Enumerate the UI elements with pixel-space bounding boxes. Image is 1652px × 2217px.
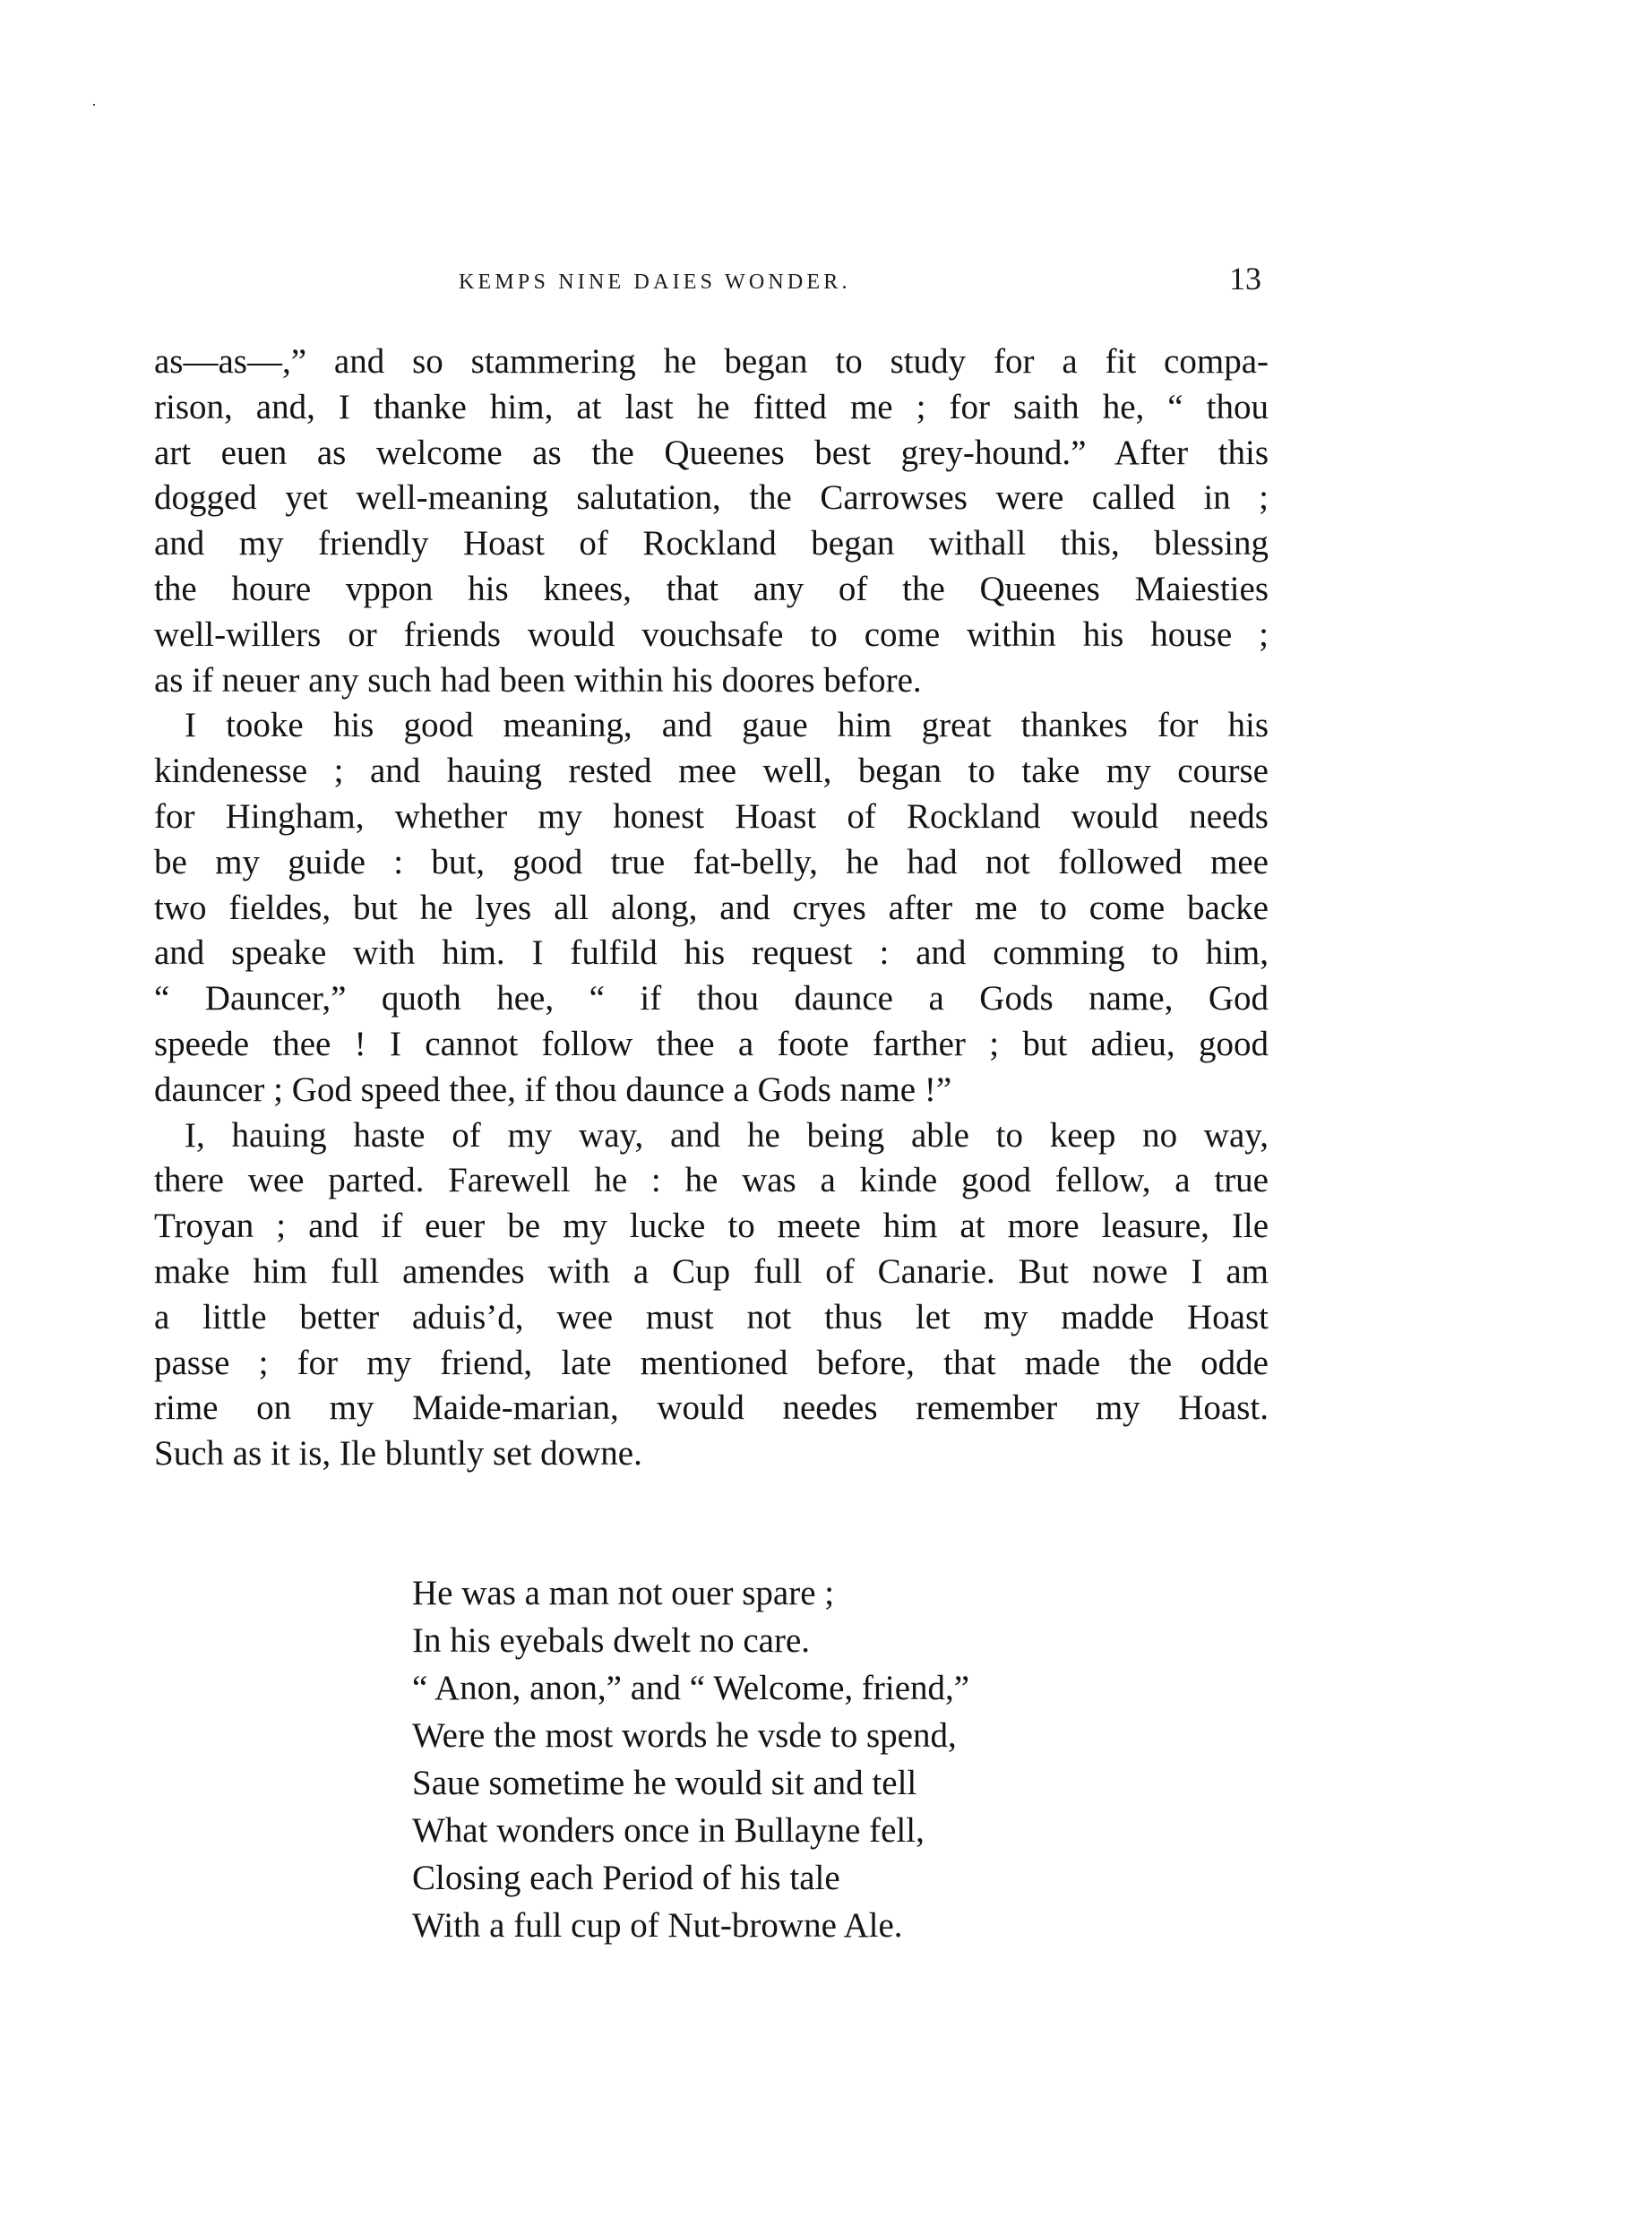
text-line: and speake with him. I fulfild his reque… [154,931,1269,976]
text-line: dauncer ; God speed thee, if thou daunce… [154,1068,1269,1113]
text-line: Troyan ; and if euer be my lucke to meet… [154,1204,1269,1250]
text-line: I, hauing haste of my way, and he being … [154,1113,1269,1159]
paragraph-3: I, hauing haste of my way, and he being … [154,1113,1269,1477]
text-line: the houre vppon his knees, that any of t… [154,567,1269,613]
text-line: Such as it is, Ile bluntly set downe. [154,1431,1269,1477]
text-line: for Hingham, whether my honest Hoast of … [154,795,1269,840]
poem-verse: Saue sometime he would sit and tell [412,1759,969,1807]
text-line: speede thee ! I cannot follow thee a foo… [154,1022,1269,1068]
body-text: as—as—,” and so stammering he began to s… [154,339,1269,1477]
text-line: there wee parted. Farewell he : he was a… [154,1158,1269,1204]
running-title: KEMPS NINE DAIES WONDER. [459,269,851,296]
text-line: rime on my Maide-marian, would needes re… [154,1386,1269,1431]
text-line: be my guide : but, good true fat-belly, … [154,840,1269,886]
text-line: two fieldes, but he lyes all along, and … [154,886,1269,932]
text-line: and my friendly Hoast of Rockland began … [154,521,1269,567]
book-page: KEMPS NINE DAIES WONDER. 13 as—as—,” and… [0,0,1652,2217]
poem-verse: “ Anon, anon,” and “ Welcome, friend,” [412,1664,969,1712]
text-line: a little better aduis’d, wee must not th… [154,1295,1269,1341]
text-line: dogged yet well-meaning salutation, the … [154,476,1269,521]
text-line: well-willers or friends would vouchsafe … [154,613,1269,658]
text-line: I tooke his good meaning, and gaue him g… [154,703,1269,749]
poem-verse: What wonders once in Bullayne fell, [412,1807,969,1854]
page-number: 13 [1229,262,1261,295]
text-line: kindenesse ; and hauing rested mee well,… [154,749,1269,795]
poem-verse: Were the most words he vsde to spend, [412,1712,969,1759]
poem-verse: With a full cup of Nut-browne Ale. [412,1902,969,1949]
scan-speck [93,104,95,106]
text-line: “ Dauncer,” quoth hee, “ if thou daunce … [154,976,1269,1022]
poem-verse: In his eyebals dwelt no care. [412,1617,969,1664]
poem-verse: He was a man not ouer spare ; [412,1569,969,1617]
text-line: as—as—,” and so stammering he began to s… [154,339,1269,385]
poem-verse: Closing each Period of his tale [412,1854,969,1902]
paragraph-2: I tooke his good meaning, and gaue him g… [154,703,1269,1113]
text-line: art euen as welcome as the Queenes best … [154,431,1269,477]
text-line: rison, and, I thanke him, at last he fit… [154,385,1269,431]
poem-stanza: He was a man not ouer spare ; In his eye… [412,1569,969,1949]
text-line: passe ; for my friend, late mentioned be… [154,1341,1269,1387]
text-line: make him full amendes with a Cup full of… [154,1250,1269,1295]
text-line: as if neuer any such had been within his… [154,658,1269,704]
paragraph-1: as—as—,” and so stammering he began to s… [154,339,1269,703]
